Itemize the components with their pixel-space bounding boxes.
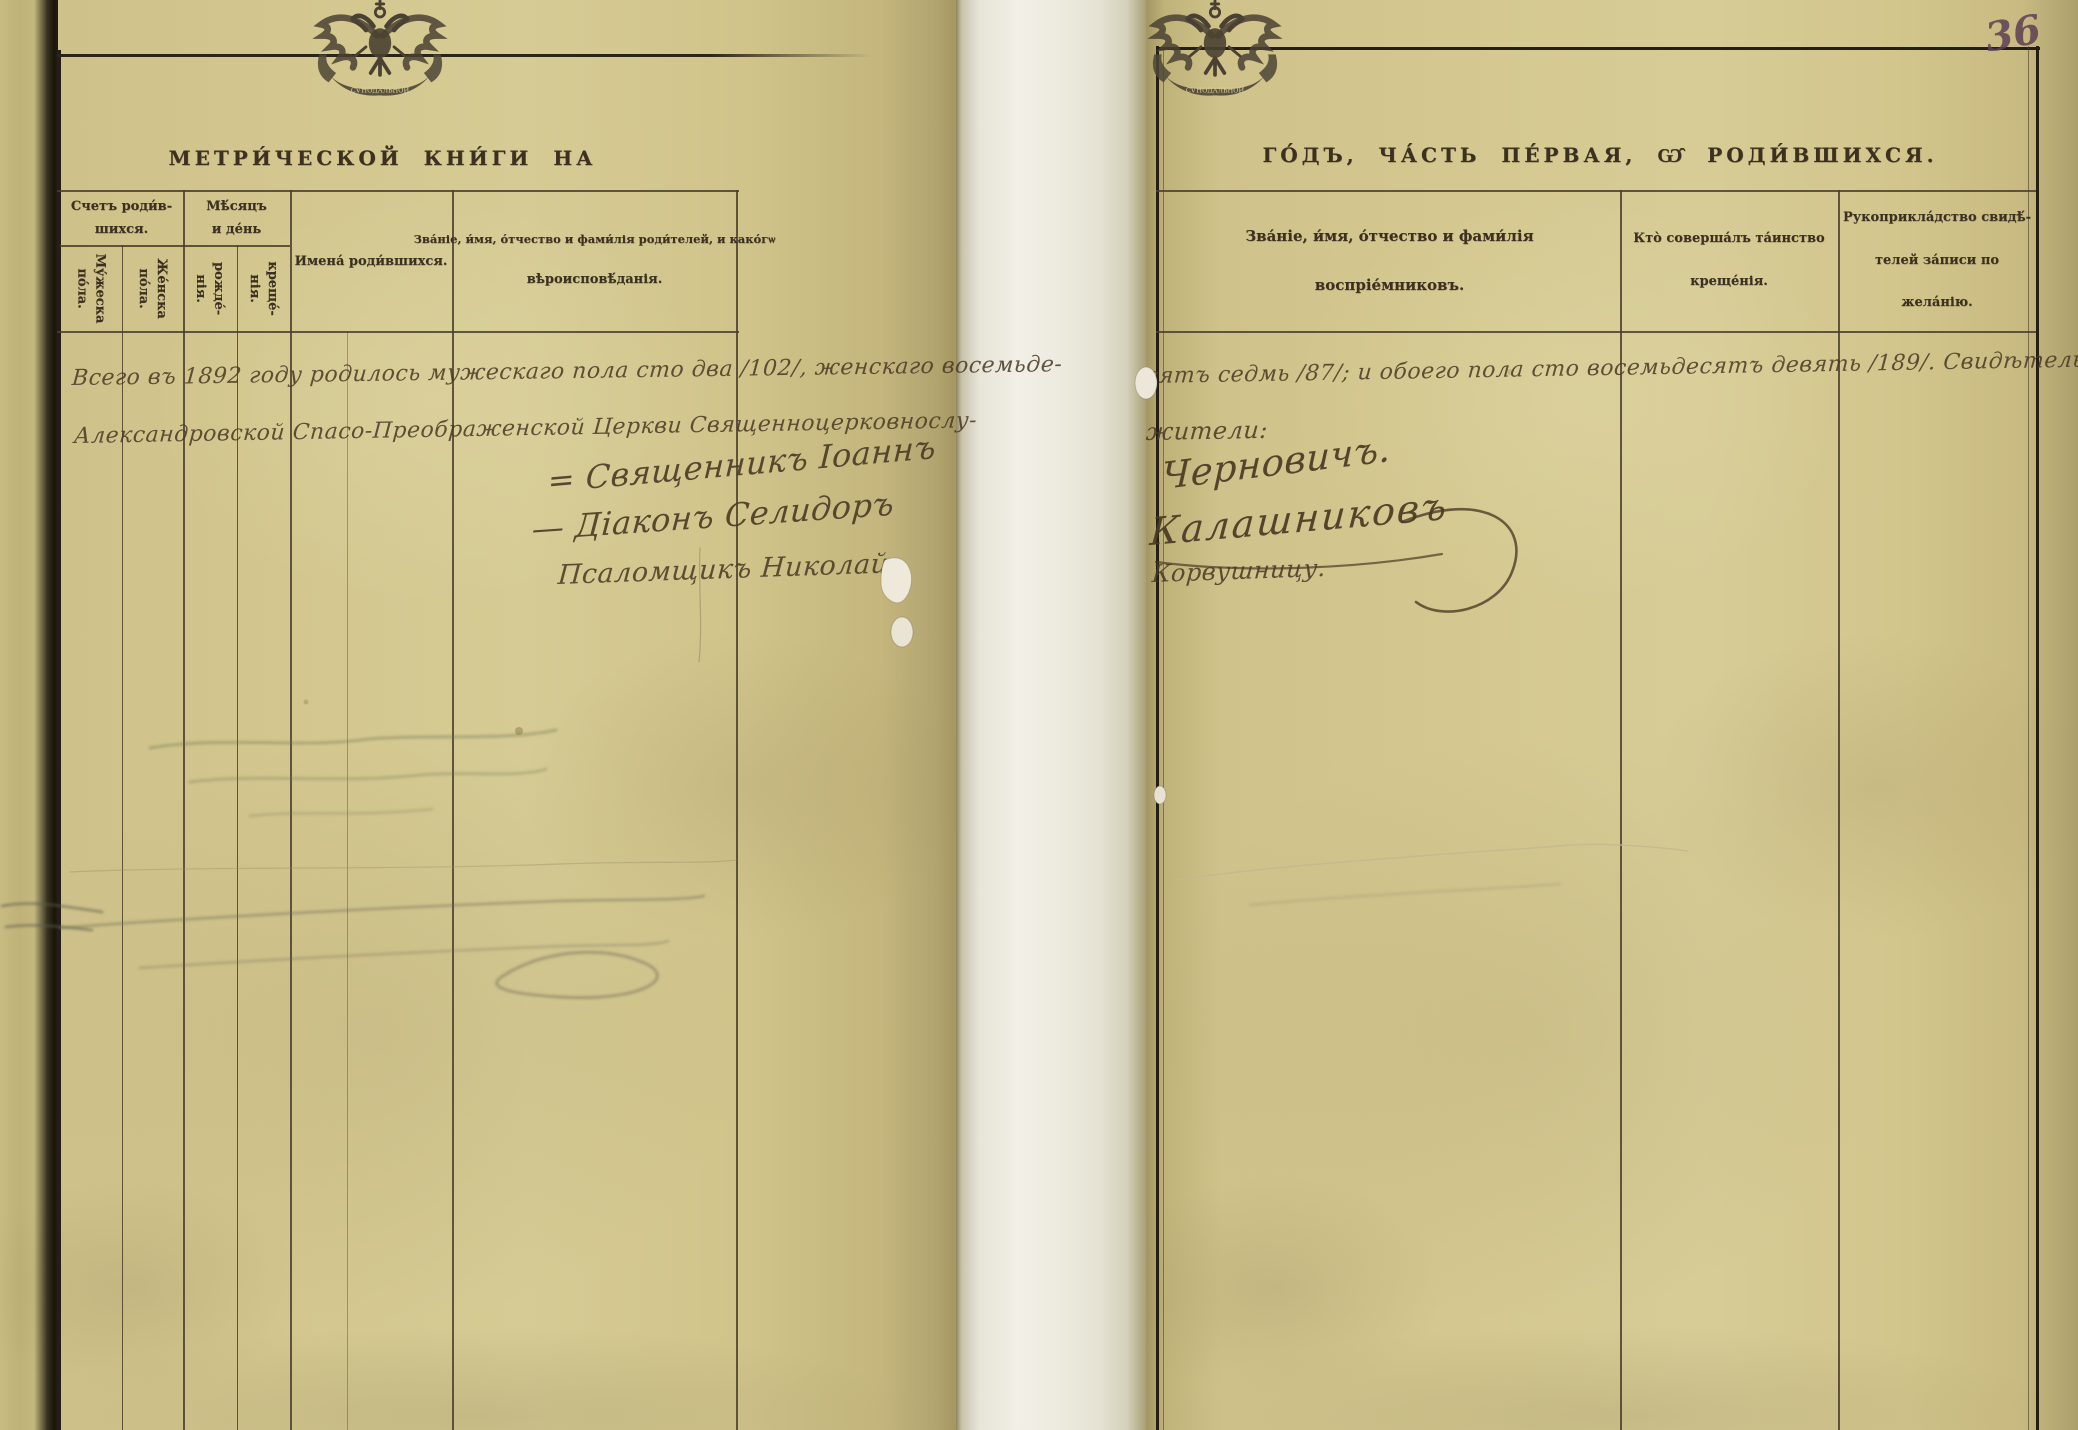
- page-gutter-shadow: [34, 0, 58, 1430]
- frame-line: [1156, 47, 2040, 50]
- header-line: Зва́ніе, и́мя, о́тчество и фами́лія: [1245, 212, 1533, 262]
- column-header-godparents: Зва́ніе, и́мя, о́тчество и фами́лія восп…: [1159, 190, 1620, 332]
- rotated-header-label: Му́жеска по́ла.: [73, 254, 108, 324]
- header-line: телей за́писи по жела́нію.: [1838, 240, 2036, 326]
- header-line: Кто̀ соверша́лъ та́инство: [1633, 218, 1824, 261]
- rotated-column-header-male: Му́жеска по́ла.: [60, 248, 122, 330]
- frame-line: [2036, 46, 2039, 1430]
- rotated-column-header-birth: рожде́- нія.: [183, 248, 237, 330]
- rotated-header-label: рожде́- нія.: [192, 262, 227, 315]
- column-header-witnesses: Рукоприкла́дство свидѣ́- телей за́писи п…: [1838, 190, 2036, 332]
- column-header-parents: Зва́ніе, и́мя, о́тчество и фами́лія роди…: [452, 190, 737, 332]
- table-gridline: [60, 245, 290, 247]
- rotated-header-label: креще́- нія.: [246, 262, 281, 316]
- header-line: вѣроисповѣ́данія.: [527, 259, 663, 302]
- column-header-count-group: Счетъ роди́в- шихся.: [60, 192, 183, 245]
- column-header-officiant: Кто̀ соверша́лъ та́инство креще́нія.: [1620, 190, 1838, 332]
- column-header-names: Имена́ роди́вшихся.: [290, 190, 452, 332]
- header-line: креще́нія.: [1690, 261, 1768, 304]
- page-title: ГО́ДЪ, ЧА́СТЬ ПЕ́РВАЯ, Ѡ̑ РОДИ́ВШИХСЯ.: [1230, 143, 1970, 168]
- imperial-eagle-emblem: СѴНОДАЛЬНОЙ: [1145, 0, 1285, 120]
- header-line: Рукоприкла́дство свидѣ́-: [1843, 197, 2031, 240]
- header-line: Зва́ніе, и́мя, о́тчество и фами́лія роди…: [414, 221, 776, 259]
- frame-line: [57, 54, 872, 57]
- column-header-month-group: Мѣ́сяцъ и де́нь: [183, 192, 290, 245]
- imperial-eagle-emblem: СѴНОДАЛЬНОЙ: [310, 0, 450, 120]
- page-title: МЕТРИ́ЧЕСКОЙ КНИ́ГИ НА: [130, 146, 635, 170]
- document-scan: СѴНОДАЛЬНОЙ СѴНОДАЛЬНОЙ МЕТРИ́ЧЕСКОЙ КНИ…: [0, 0, 2078, 1430]
- eagle-ribbon-text: СѴНОДАЛЬНОЙ: [1186, 86, 1245, 95]
- handwritten-entry-line-2-cont: жители:: [1145, 416, 1269, 446]
- header-line: воспріе́мниковъ.: [1315, 261, 1464, 311]
- rotated-header-label: Же́нска по́ла.: [135, 259, 170, 320]
- eagle-ribbon-text: СѴНОДАЛЬНОЙ: [351, 86, 410, 95]
- paper-crease-line: [347, 331, 348, 1430]
- rotated-column-header-female: Же́нска по́ла.: [122, 248, 183, 330]
- rotated-column-header-baptism: креще́- нія.: [237, 248, 290, 330]
- binding-strip: [956, 0, 1146, 1430]
